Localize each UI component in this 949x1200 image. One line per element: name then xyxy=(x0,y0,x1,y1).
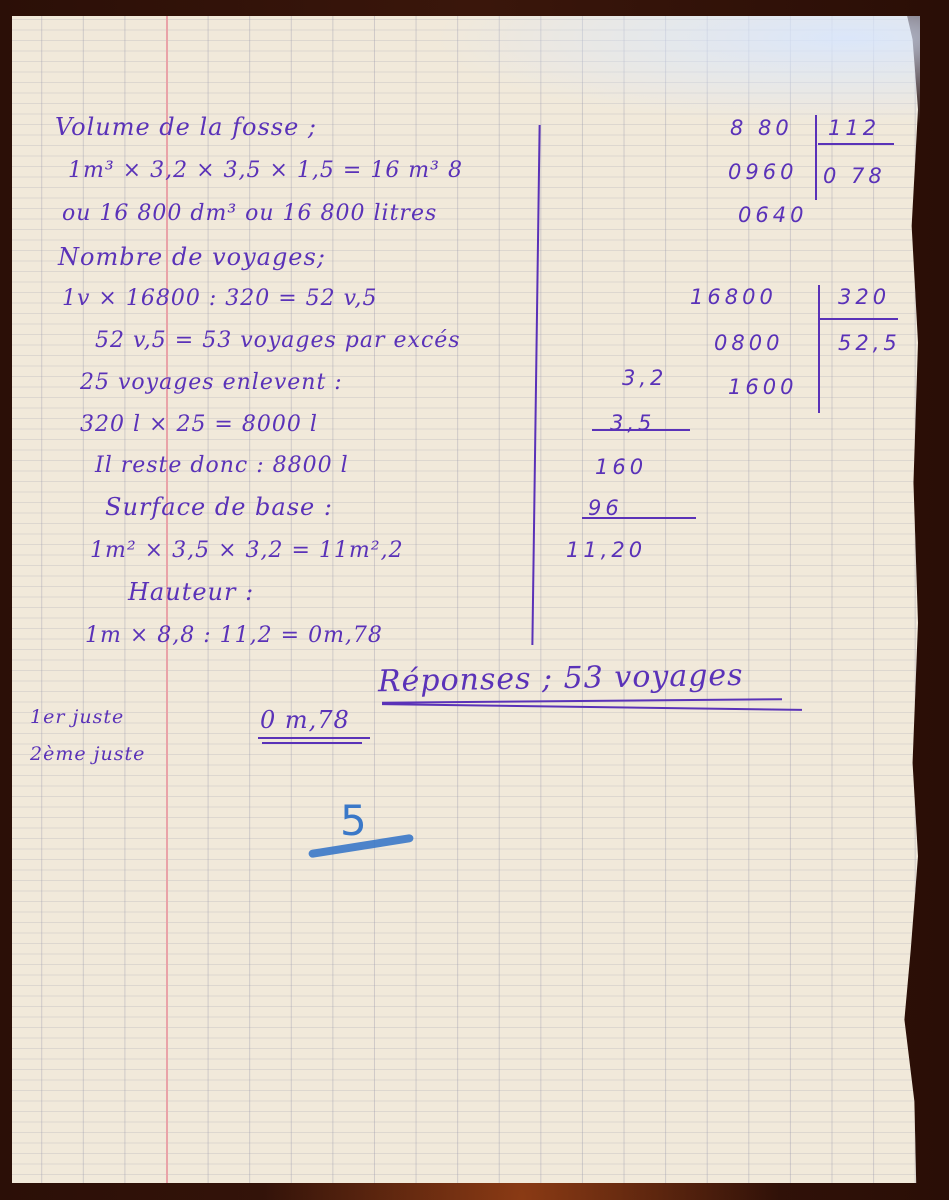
trips-calculation: 1v × 16800 : 320 = 52 v,5 xyxy=(62,288,377,310)
trips-rounded: 52 v,5 = 53 voyages par excés xyxy=(95,330,461,352)
mult-partial-1: 160 xyxy=(595,457,647,478)
division-1-quotient-line xyxy=(818,143,894,145)
mult-line-1 xyxy=(592,429,690,431)
surface-calculation: 1m² × 3,5 × 3,2 = 11m²,2 xyxy=(90,540,404,562)
mult-operand-1: 3,2 xyxy=(622,368,667,389)
heading-volume: Volume de la fosse ; xyxy=(55,115,317,139)
division-2-step-1: 0800 xyxy=(714,333,783,354)
division-1-step-2: 0640 xyxy=(738,205,807,226)
division-1-step-1: 0960 xyxy=(728,162,797,183)
division-2-quotient-line xyxy=(818,318,898,320)
heading-trips: Nombre de voyages; xyxy=(58,245,326,269)
division-1-bar xyxy=(815,115,817,200)
mult-partial-2: 96 xyxy=(588,498,623,519)
division-1-dividend: 8 80 xyxy=(730,118,793,139)
height-calculation: 1m × 8,8 : 11,2 = 0m,78 xyxy=(85,625,383,647)
grade-mark: 5 xyxy=(340,800,368,842)
teacher-note-first: 1er juste xyxy=(30,708,124,727)
division-2-bar xyxy=(818,285,820,413)
answer-trips: Réponses ; 53 voyages xyxy=(378,661,744,697)
volume-calculation: 1m³ × 3,2 × 3,5 × 1,5 = 16 m³ 8 xyxy=(68,160,463,182)
liters-removed: 320 l × 25 = 8000 l xyxy=(80,414,318,436)
teacher-note-second: 2ème juste xyxy=(30,745,145,764)
trips-removed: 25 voyages enlevent : xyxy=(80,372,343,394)
answer-height-underline-1 xyxy=(258,737,370,739)
mult-result: 11,20 xyxy=(566,540,646,561)
heading-height: Hauteur : xyxy=(128,580,254,604)
remaining-liters: Il reste donc : 8800 l xyxy=(95,455,349,477)
division-1-divisor: 112 xyxy=(828,118,880,139)
volume-conversion: ou 16 800 dm³ ou 16 800 litres xyxy=(62,203,437,225)
division-2-quotient: 52,5 xyxy=(838,333,901,354)
division-2-step-2: 1600 xyxy=(728,377,797,398)
answer-height: 0 m,78 xyxy=(260,708,350,732)
answer-height-underline-2 xyxy=(262,742,362,744)
mult-line-2 xyxy=(582,517,696,519)
division-2-dividend: 16800 xyxy=(690,287,777,308)
division-1-quotient: 0 78 xyxy=(823,166,886,187)
heading-surface: Surface de base : xyxy=(105,495,333,519)
division-2-divisor: 320 xyxy=(838,287,890,308)
